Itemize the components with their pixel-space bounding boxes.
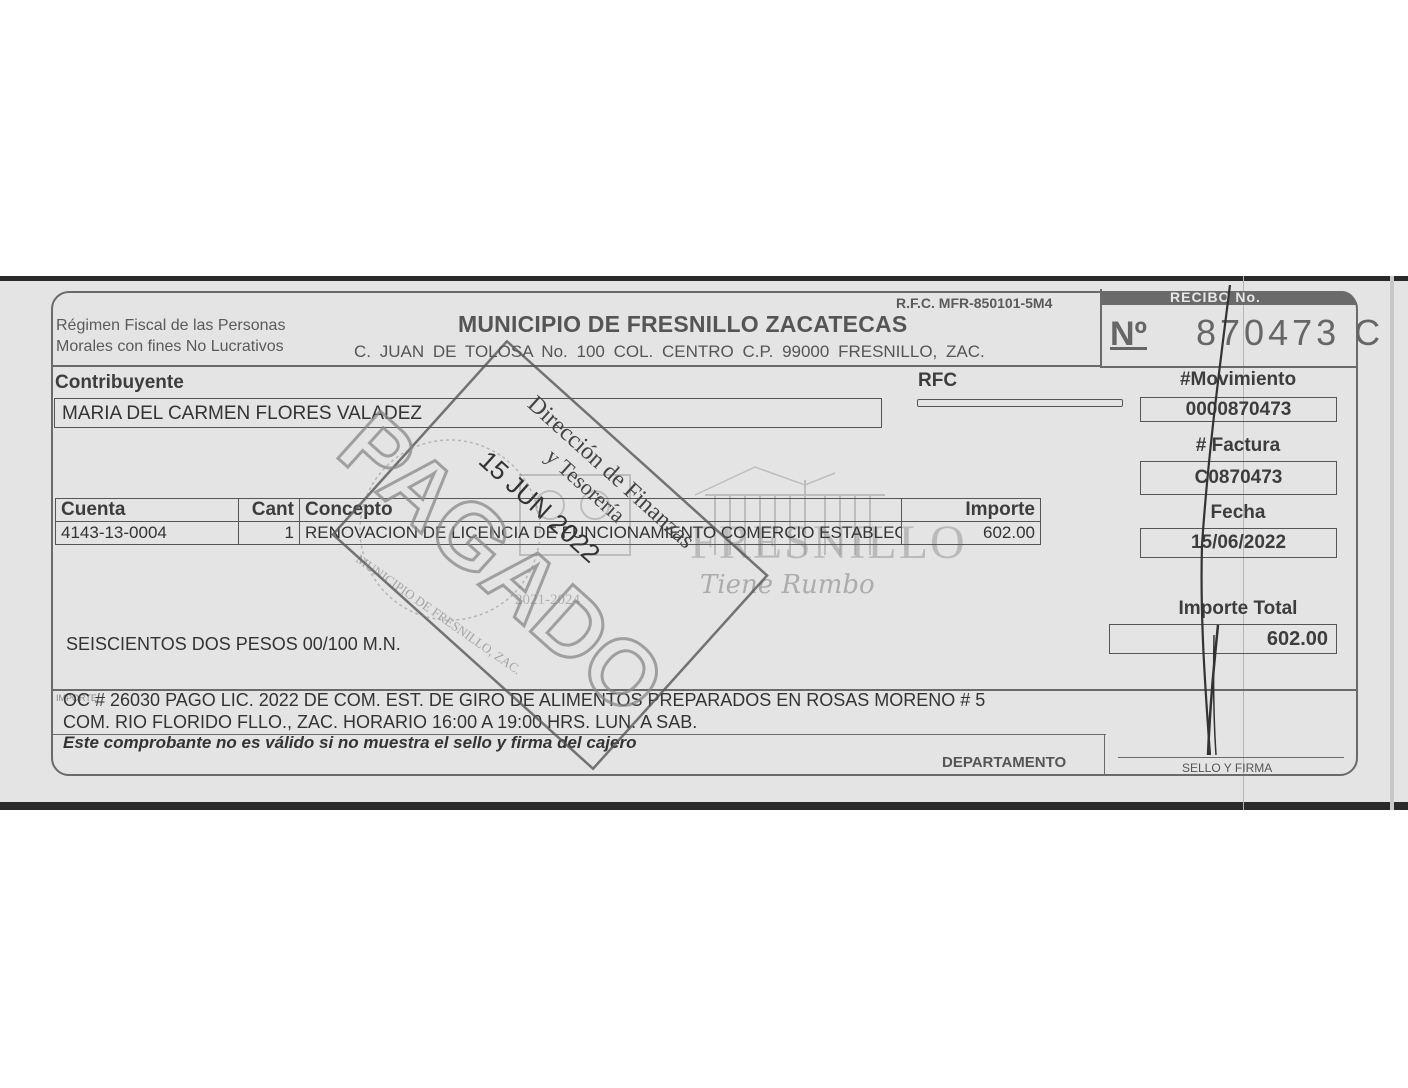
invoice-label: # Factura [1138, 435, 1338, 457]
signature-label: SELLO Y FIRMA [1182, 761, 1272, 775]
invoice-number: C0870473 [1140, 461, 1337, 495]
validity-note: Este comprobante no es válido si no mues… [63, 733, 636, 753]
receipt-number: 870473 C [1196, 312, 1384, 354]
issuer-rfc: R.F.C. MFR-850101-5M4 [896, 295, 1052, 311]
cell-concepto: RENOVACION DE LICENCIA DE FUNCIONAMIENTO… [300, 522, 902, 545]
taxpayer-label: Contribuyente [55, 372, 184, 394]
watermark-years: 2021-2024 [515, 592, 580, 609]
observations-line1: OC # 26030 PAGO LIC. 2022 DE COM. EST. D… [63, 690, 985, 711]
cell-cuenta: 4143-13-0004 [56, 522, 239, 545]
rfc-field [917, 399, 1123, 407]
header-cant: Cant [239, 499, 300, 522]
date-label: Fecha [1138, 502, 1338, 524]
rfc-label: RFC [918, 370, 957, 392]
movement-number: 0000870473 [1140, 397, 1337, 422]
issuer-address: C. JUAN DE TOLOSA No. 100 COL. CENTRO C.… [354, 342, 985, 362]
table-row: 4143-13-0004 1 RENOVACION DE LICENCIA DE… [56, 522, 1041, 545]
line-items-table: Cuenta Cant Concepto Importe 4143-13-000… [55, 498, 1041, 545]
issuer-title: MUNICIPIO DE FRESNILLO ZACATECAS [458, 311, 907, 338]
total-label: Importe Total [1138, 598, 1338, 620]
header-concepto: Concepto [300, 499, 902, 522]
fiscal-regime-line2: Morales con fines No Lucrativos [56, 336, 285, 357]
date-value: 15/06/2022 [1140, 528, 1337, 558]
fiscal-regime: Régimen Fiscal de las Personas Morales c… [56, 315, 285, 357]
department-label: DEPARTAMENTO [942, 754, 1066, 771]
fiscal-regime-line1: Régimen Fiscal de las Personas [56, 315, 285, 336]
taxpayer-name: MARIA DEL CARMEN FLORES VALADEZ [62, 403, 422, 425]
amount-in-words: SEISCIENTOS DOS PESOS 00/100 M.N. [66, 634, 401, 655]
department-divider [1104, 734, 1105, 776]
signature-line [1118, 757, 1344, 758]
header-cuenta: Cuenta [56, 499, 239, 522]
numero-sign: Nº [1110, 315, 1147, 354]
receipt-number-label: RECIBO No. [1170, 289, 1261, 305]
header-divider [52, 365, 1102, 367]
header-importe: Importe [902, 499, 1041, 522]
observations-line2: COM. RIO FLORIDO FLLO., ZAC. HORARIO 16:… [63, 712, 697, 733]
table-header-row: Cuenta Cant Concepto Importe [56, 499, 1041, 522]
cell-cant: 1 [239, 522, 300, 545]
numero-sign-text: Nº [1110, 315, 1147, 353]
cell-importe: 602.00 [902, 522, 1041, 545]
total-amount: 602.00 [1109, 624, 1337, 654]
movement-label: #Movimiento [1138, 369, 1338, 391]
watermark-slogan: Tiene Rumbo [700, 570, 875, 600]
paper-edge [1390, 276, 1394, 810]
